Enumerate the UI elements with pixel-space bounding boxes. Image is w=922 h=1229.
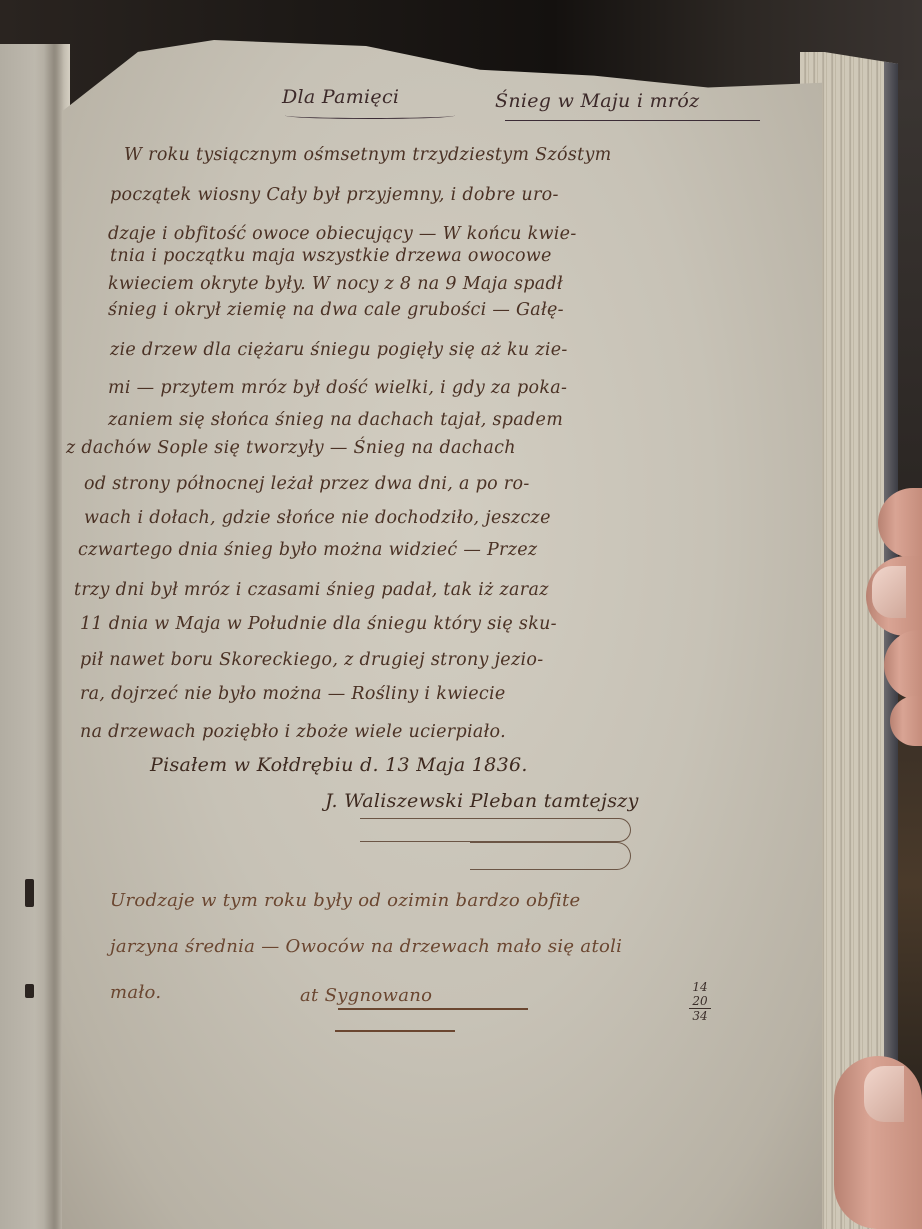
body-line: kwieciem okryte były. W nocy z 8 na 9 Ma… xyxy=(108,274,563,294)
manuscript-page xyxy=(62,40,822,1229)
signature: J. Waliszewski Pleban tamtejszy xyxy=(325,790,639,812)
tally-total: 34 xyxy=(682,1009,718,1023)
dateline: Pisałem w Kołdrębiu d. 13 Maja 1836. xyxy=(150,754,528,776)
lower-signature-underline xyxy=(338,1008,528,1010)
body-line: dzaje i obfitość owoce obiecujący — W ko… xyxy=(108,224,577,244)
body-line: W roku tysiącznym ośmsetnym trzydziestym… xyxy=(124,145,612,165)
lower-signature-underline xyxy=(335,1030,455,1032)
binding-hole xyxy=(25,879,34,907)
body-line: trzy dni był mróz i czasami śnieg padał,… xyxy=(74,580,549,600)
title-right: Śnieg w Maju i mróz xyxy=(495,90,699,112)
body-line: na drzewach poziębło i zboże wiele ucier… xyxy=(80,722,506,742)
left-page-edge xyxy=(0,44,70,1229)
lower-note-line: Urodzaje w tym roku były od ozimin bardz… xyxy=(110,890,581,911)
signature-flourish xyxy=(360,818,631,842)
margin-tally: 14 20 34 xyxy=(682,980,718,1023)
signature-flourish xyxy=(470,842,631,870)
body-line: pił nawet boru Skoreckiego, z drugiej st… xyxy=(80,650,543,670)
lower-signature: at Sygnowano xyxy=(300,985,432,1006)
lower-note-line: mało. xyxy=(110,982,161,1003)
lower-note-line: jarzyna średnia — Owoców na drzewach mał… xyxy=(110,936,622,957)
body-line: ra, dojrzeć nie było można — Rośliny i k… xyxy=(80,684,506,704)
binding-hole xyxy=(25,984,34,998)
title-left-underline xyxy=(285,112,455,119)
title-right-underline xyxy=(505,120,760,121)
body-line: 11 dnia w Maja w Południe dla śniegu któ… xyxy=(80,614,557,634)
body-line: śnieg i okrył ziemię na dwa cale grubośc… xyxy=(108,300,564,320)
body-line: mi — przytem mróz był dość wielki, i gdy… xyxy=(108,378,567,398)
body-line: tnia i początku maja wszystkie drzewa ow… xyxy=(110,246,552,266)
body-line: zaniem się słońca śnieg na dachach tajał… xyxy=(108,410,563,430)
gutter-shadow xyxy=(44,44,64,1229)
fingernail xyxy=(872,566,906,618)
body-line: wach i dołach, gdzie słońce nie dochodzi… xyxy=(84,508,551,528)
tally-number: 20 xyxy=(682,994,718,1008)
body-line: zie drzew dla ciężaru śniegu pogięły się… xyxy=(110,340,568,360)
body-line: z dachów Sople się tworzyły — Śnieg na d… xyxy=(66,438,516,458)
body-line: początek wiosny Cały był przyjemny, i do… xyxy=(110,185,559,205)
title-left: Dla Pamięci xyxy=(282,86,399,108)
tally-number: 14 xyxy=(682,980,718,994)
thumbnail xyxy=(864,1066,904,1122)
body-line: od strony północnej leżał przez dwa dni,… xyxy=(84,474,530,494)
body-line: czwartego dnia śnieg było można widzieć … xyxy=(78,540,537,560)
